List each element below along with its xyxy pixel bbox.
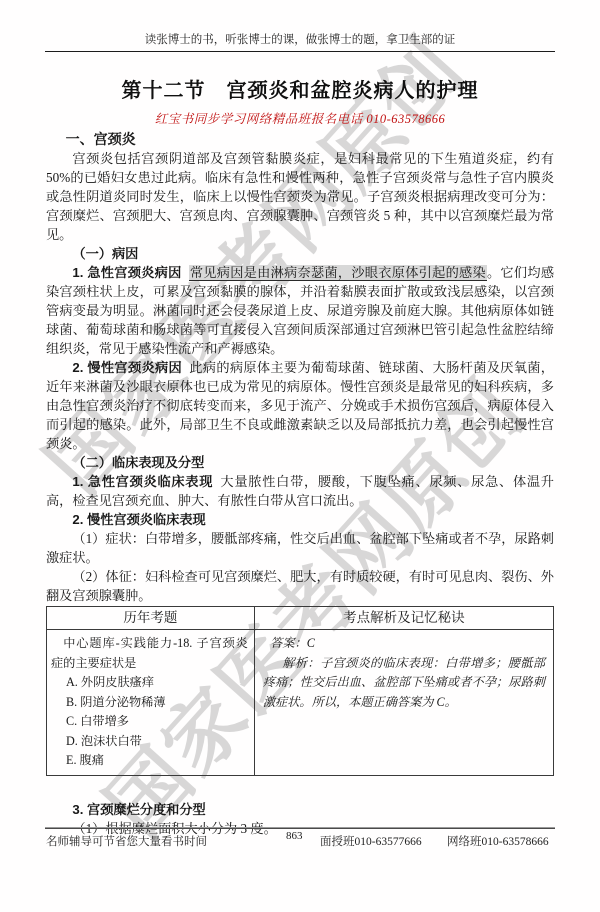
- table-header-analysis: 考点解析及记忆秘诀: [254, 607, 553, 630]
- section-heading-chronic-clinical: 2. 慢性宫颈炎临床表现: [46, 510, 554, 529]
- acute-cause-label: 1. 急性宫颈炎病因: [72, 265, 181, 280]
- footer-rule: [45, 827, 555, 829]
- body-content: 一、宫颈炎 宫颈炎包括宫颈阴道部及宫颈管黏膜炎症，是妇科最常见的下生殖道炎症，约…: [46, 129, 554, 838]
- answer-text: 答案：C: [263, 634, 545, 654]
- analysis-text: 解析：子宫颈炎的临床表现：白带增多；腰骶部疼痛；性交后出血、盆腔部下坠痛或者不孕…: [263, 654, 545, 713]
- header-tagline: 读张博士的书，听张博士的课，做张博士的题，拿卫生部的证: [46, 31, 554, 47]
- option-d: D. 泡沫状白带: [51, 732, 248, 752]
- paragraph-symptom: （1）症状：白带增多，腰骶部疼痛，性交后出血、盆腔部下坠痛或者不孕，尿路刺激症状…: [46, 529, 554, 567]
- option-a: A. 外阴皮肤瘙痒: [51, 673, 248, 693]
- exam-table-body-row: 中心题库-实践能力-18. 子宫颈炎症的主要症状是 A. 外阴皮肤瘙痒 B. 阴…: [47, 630, 554, 776]
- paragraph-chronic-cause: 2. 慢性宫颈炎病因此病的病原体主要为葡萄球菌、链球菌、大肠杆菌及厌氧菌，近年来…: [46, 358, 554, 453]
- document-page: 国家医考网原创 国家医考网原创 读张博士的书，听张博士的课，做张博士的题，拿卫生…: [0, 0, 600, 912]
- paragraph-acute-cause: 1. 急性宫颈炎病因常见病因是由淋病奈瑟菌，沙眼衣原体引起的感染。它们均感染宫颈…: [46, 263, 554, 358]
- exam-table-header-row: 历年考题 考点解析及记忆秘诀: [47, 607, 554, 630]
- acute-clinical-label: 1. 急性宫颈炎临床表现: [72, 474, 213, 489]
- acute-cause-highlight: 常见病因是由淋病奈瑟菌，沙眼衣原体引起的感染: [189, 265, 487, 281]
- option-e: E. 腹痛: [51, 751, 248, 771]
- answer-cell: 答案：C 解析：子宫颈炎的临床表现：白带增多；腰骶部疼痛；性交后出血、盆腔部下坠…: [254, 630, 553, 776]
- page-number: 863: [286, 830, 303, 842]
- question-cell: 中心题库-实践能力-18. 子宫颈炎症的主要症状是 A. 外阴皮肤瘙痒 B. 阴…: [47, 630, 255, 776]
- section-heading-erosion: 3. 宫颈糜烂分度和分型: [46, 800, 554, 819]
- paragraph-overview: 宫颈炎包括宫颈阴道部及宫颈管黏膜炎症，是妇科最常见的下生殖道炎症，约有50%的已…: [46, 149, 554, 244]
- option-c: C. 白带增多: [51, 712, 248, 732]
- table-header-past-questions: 历年考题: [47, 607, 255, 630]
- section-heading-cause: （一）病因: [46, 244, 554, 263]
- footer-phone-online: 网络班010-63578666: [447, 833, 549, 849]
- footer-slogan: 名师辅导可节省您大量看书时间: [46, 833, 207, 849]
- chronic-cause-label: 2. 慢性宫颈炎病因: [72, 360, 182, 375]
- footer-phone-classroom: 面授班010-63577666: [320, 833, 422, 849]
- section-heading-cervicitis: 一、宫颈炎: [46, 129, 554, 149]
- section-heading-clinical: （二）临床表现及分型: [46, 453, 554, 472]
- page-title: 第十二节 宫颈炎和盆腔炎病人的护理: [0, 74, 600, 103]
- paragraph-sign: （2）体征：妇科检查可见宫颈糜烂、肥大，有时质较硬，有时可见息肉、裂伤、外翻及宫…: [46, 567, 554, 605]
- page-subtitle: 红宝书同步学习网络精品班报名电话 010-63578666: [0, 109, 600, 127]
- header-rule: [45, 51, 555, 52]
- question-text: 中心题库-实践能力-18. 子宫颈炎症的主要症状是: [51, 634, 248, 673]
- exam-table: 历年考题 考点解析及记忆秘诀 中心题库-实践能力-18. 子宫颈炎症的主要症状是…: [46, 606, 554, 776]
- paragraph-acute-clinical: 1. 急性宫颈炎临床表现大量脓性白带，腰酸，下腹坠痛、尿频、尿急、体温升高，检查…: [46, 472, 554, 510]
- option-b: B. 阴道分泌物稀薄: [51, 693, 248, 713]
